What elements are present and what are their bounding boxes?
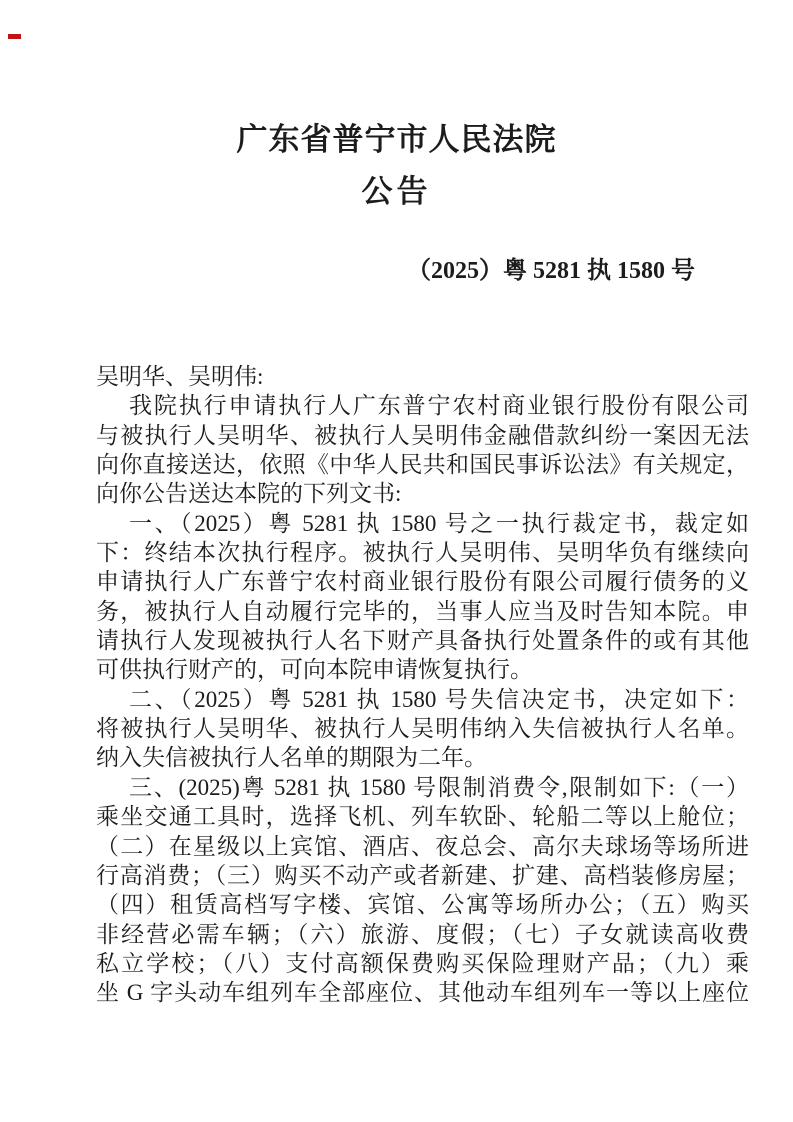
- document-line: 乘坐交通工具时，选择飞机、列车软卧、轮船二等以上舱位；: [96, 802, 749, 831]
- document-line: 与被执行人吴明华、被执行人吴明伟金融借款纠纷一案因无法: [96, 421, 749, 450]
- red-stamp-mark: [8, 34, 21, 39]
- document-line: 一、（2025）粤 5281 执 1580 号之一执行裁定书，裁定如: [96, 509, 749, 538]
- document-line: 务，被执行人自动履行完毕的，当事人应当及时告知本院。申: [96, 597, 749, 626]
- document-line: 二、（2025）粤 5281 执 1580 号失信决定书，决定如下：: [96, 685, 749, 714]
- document-line: 下：终结本次执行程序。被执行人吴明伟、吴明华负有继续向: [96, 538, 749, 567]
- document-line: 将被执行人吴明华、被执行人吴明伟纳入失信被执行人名单。: [96, 714, 749, 743]
- document-line: 我院执行申请执行人广东普宁农村商业银行股份有限公司: [96, 391, 749, 420]
- document-line: （四）租赁高档写字楼、宾馆、公寓等场所办公；（五）购买: [96, 890, 749, 919]
- document-line: 申请执行人广东普宁农村商业银行股份有限公司履行债务的义: [96, 567, 749, 596]
- document-line: 私立学校；（八）支付高额保费购买保险理财产品；（九）乘: [96, 949, 749, 978]
- document-line: 坐 G 字头动车组列车全部座位、其他动车组列车一等以上座位: [96, 978, 749, 1007]
- document-body: 吴明华、吴明伟:我院执行申请执行人广东普宁农村商业银行股份有限公司与被执行人吴明…: [96, 362, 749, 1008]
- document-line: （二）在星级以上宾馆、酒店、夜总会、高尔夫球场等场所进: [96, 832, 749, 861]
- document-page: 广东省普宁市人民法院 公告 （2025）粤 5281 执 1580 号 吴明华、…: [0, 0, 793, 1122]
- court-name-title: 广东省普宁市人民法院: [0, 121, 793, 159]
- document-line: 行高消费；（三）购买不动产或者新建、扩建、高档装修房屋；: [96, 861, 749, 890]
- document-line: 纳入失信被执行人名单的期限为二年。: [96, 743, 749, 772]
- document-line: 请执行人发现被执行人名下财产具备执行处置条件的或有其他: [96, 626, 749, 655]
- document-line: 向你公告送达本院的下列文书:: [96, 479, 749, 508]
- document-line: 可供执行财产的，可向本院申请恢复执行。: [96, 655, 749, 684]
- document-line: 向你直接送达，依照《中华人民共和国民事诉讼法》有关规定，: [96, 450, 749, 479]
- announcement-title: 公告: [0, 173, 793, 211]
- document-line: 吴明华、吴明伟:: [96, 362, 749, 391]
- case-number: （2025）粤 5281 执 1580 号: [407, 256, 695, 286]
- document-line: 非经营必需车辆；（六）旅游、度假；（七）子女就读高收费: [96, 920, 749, 949]
- document-line: 三、(2025)粤 5281 执 1580 号限制消费令,限制如下:（一）: [96, 773, 749, 802]
